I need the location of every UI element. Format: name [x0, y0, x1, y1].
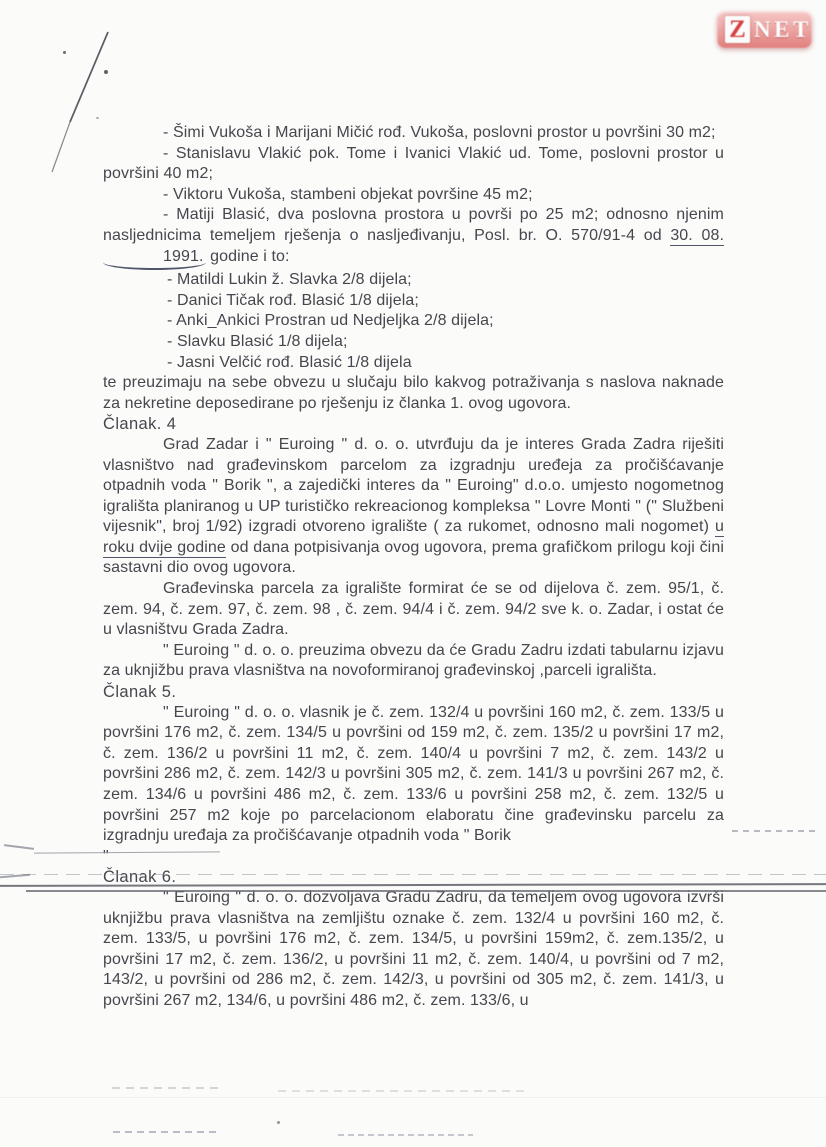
paragraph-stanislav-vlakic: - Stanislavu Vlakić pok. Tome i Ivanici …	[103, 144, 724, 185]
heir-list-item: - Danici Tičak rođ. Blasić 1/8 dijela;	[103, 291, 724, 312]
heir-list-item: - Jasni Velčić rođ. Blasić 1/8 dijela	[103, 353, 724, 374]
ink-dot-artifact	[104, 70, 108, 74]
paragraph-text: Grad Zadar i " Euroing " d. o. o. utvrđu…	[103, 436, 724, 535]
scan-edge-artifact	[0, 874, 30, 878]
paragraph-building-parcel: Građevinska parcela za igralište formira…	[103, 579, 724, 641]
heir-list-item: - Matildi Lukin ž. Slavka 2/8 dijela;	[103, 270, 724, 291]
ink-dot-artifact	[277, 1121, 280, 1124]
znet-logo-z-tile: Z	[725, 16, 750, 43]
znet-logo: Z NET	[717, 11, 812, 48]
paragraph-viktor-vukosa: - Viktoru Vukoša, stambeni objekat površ…	[103, 185, 724, 206]
scan-ghost-artifact	[0, 1097, 826, 1098]
heir-list-item: - Anki_Ankici Prostran ud Nedjeljka 2/8 …	[103, 311, 724, 332]
znet-logo-z-letter: Z	[729, 17, 746, 42]
paragraph-obligation: te preuzimaju na sebe obvezu u slučaju b…	[103, 373, 724, 414]
paragraph-euroing-obligation: " Euroing " d. o. o. preuzima obvezu da …	[103, 641, 724, 682]
paragraph-simi-vukosa: - Šimi Vukoša i Marijani Mičić rođ. Vuko…	[103, 123, 724, 144]
scan-dash-artifact	[732, 830, 818, 832]
paragraph-text: - Matiji Blasić, dva poslovna prostora u…	[103, 206, 724, 244]
closing-quote-line: "	[103, 847, 724, 868]
article-6-heading: Članak 6.	[103, 867, 724, 888]
paragraph-article-4-main: Grad Zadar i " Euroing " d. o. o. utvrđu…	[103, 435, 724, 579]
scan-bottom-artifact	[113, 1131, 218, 1133]
scan-edge-artifact	[4, 844, 34, 849]
paragraph-text: godine i to:	[206, 248, 290, 265]
paragraph-article-5-main: " Euroing " d. o. o. vlasnik je č. zem. …	[103, 703, 724, 847]
underlined-year: 1991.	[103, 247, 206, 271]
scan-ghost-artifact	[112, 1087, 222, 1089]
ink-dot-artifact	[63, 51, 66, 54]
scanned-contract-page: Z NET - Šimi Vukoša i Marijani Mičić rođ…	[0, 0, 826, 1147]
paragraph-article-6-main: " Euroing " d. o. o. dozvoljava Gradu Za…	[103, 888, 724, 1012]
paragraph-matija-blasic: - Matiji Blasić, dva poslovna prostora u…	[103, 205, 724, 270]
article-5-heading: Članak 5.	[103, 682, 724, 703]
scan-ghost-artifact	[278, 1090, 528, 1092]
znet-logo-net-letters: NET	[754, 17, 812, 43]
underlined-date: 30. 08.	[670, 227, 724, 246]
document-body: - Šimi Vukoša i Marijani Mičić rođ. Vuko…	[103, 123, 724, 1012]
ink-dot-artifact	[96, 117, 99, 119]
heir-list-item: - Slavku Blasić 1/8 dijela;	[103, 332, 724, 353]
scan-bottom-artifact	[338, 1134, 473, 1136]
article-4-heading: Članak. 4	[103, 414, 724, 435]
